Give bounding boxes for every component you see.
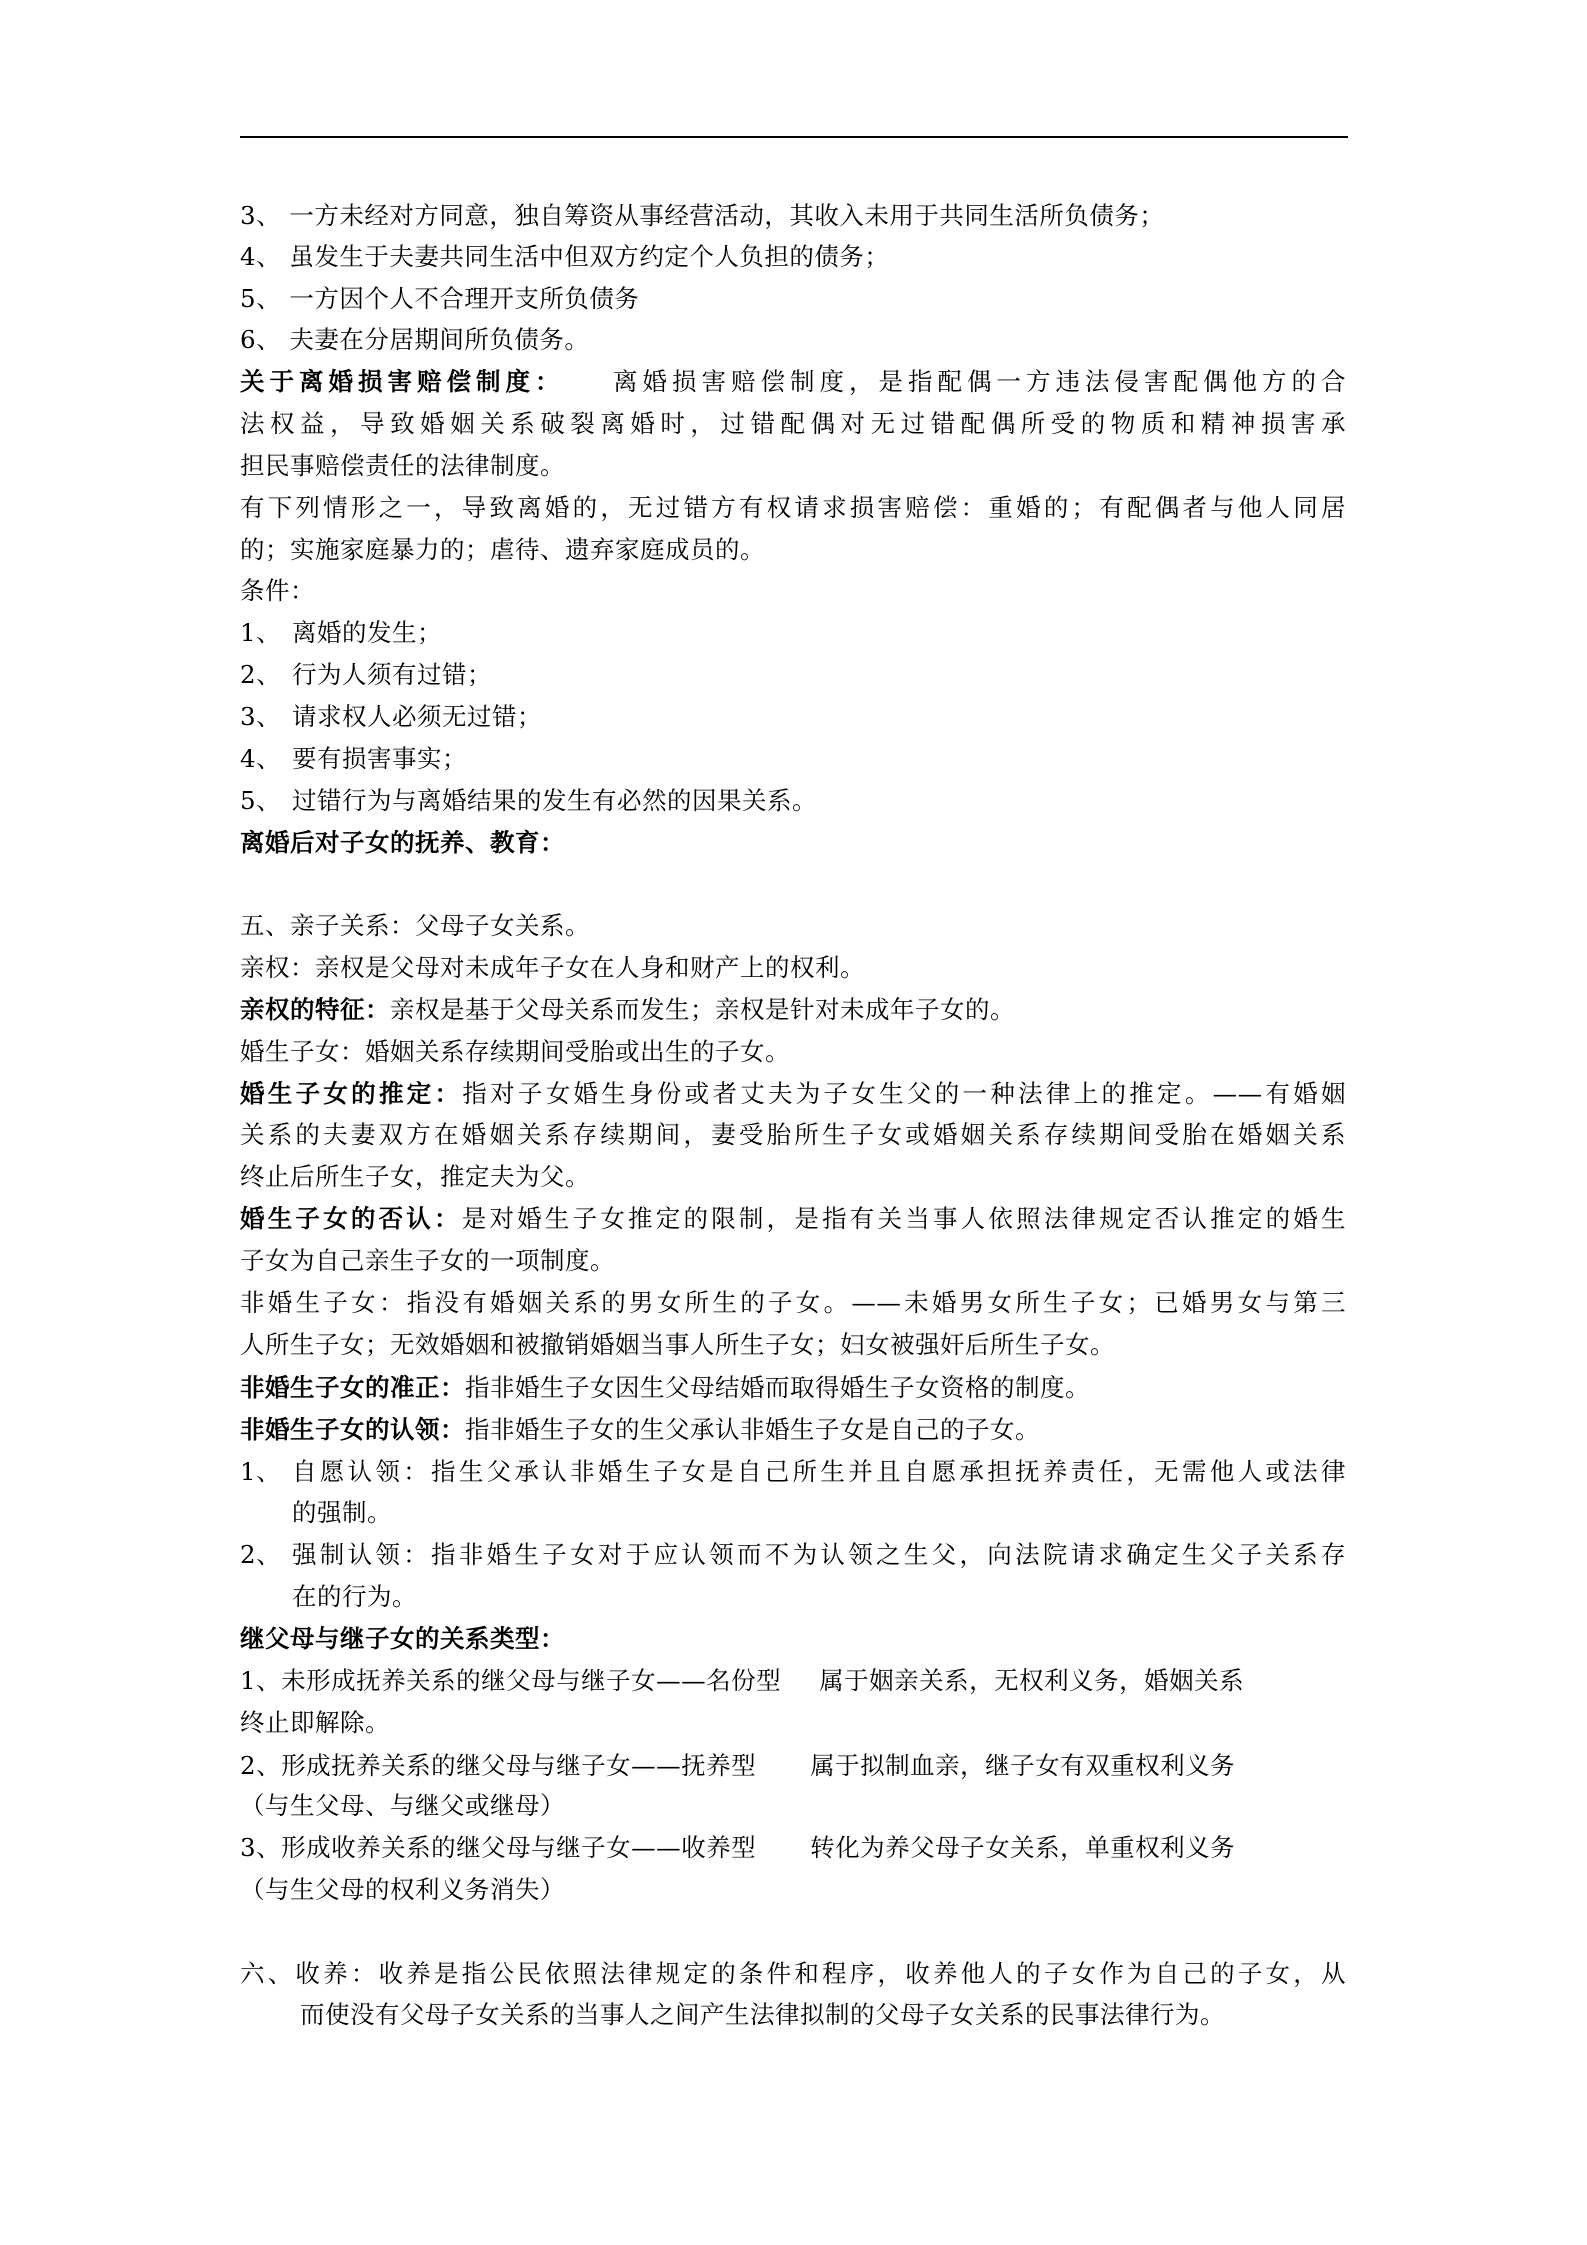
legitimation: 非婚生子女的准正：指非婚生子女因生父母结婚而取得婚生子女资格的制度。 <box>240 1367 1090 1409</box>
header-rule <box>240 136 1348 138</box>
step-type-1: 1、未形成抚养关系的继父母与继子女——名份型属于姻亲关系，无权利义务，婚姻关系 <box>240 1660 1244 1702</box>
voluntary-acknowledgment-cont: 的强制。 <box>292 1492 392 1534</box>
divorce-damages-definition-cont: 法权益，导致婚姻关系破裂离婚时，过错配偶对无过错配偶所受的物质和精神损害承 <box>240 403 1346 445</box>
condition-3: 3、请求权人必须无过错； <box>240 696 542 738</box>
parental-rights-definition: 亲权：亲权是父母对未成年子女在人身和财产上的权利。 <box>240 947 865 989</box>
condition-4: 4、要有损害事实； <box>240 738 467 780</box>
condition-2: 2、行为人须有过错； <box>240 654 492 696</box>
divorce-damages-definition: 关于离婚损害赔偿制度：离婚损害赔偿制度，是指配偶一方违法侵害配偶他方的合 <box>240 361 1346 403</box>
debt-item-6: 6、 夫妻在分居期间所负债务。 <box>240 319 589 361</box>
debt-item-3: 3、 一方未经对方同意，独自筹资从事经营活动，其收入未用于共同生活所负债务； <box>240 195 1164 237</box>
parental-rights-features: 亲权的特征：亲权是基于父母关系而发生；亲权是针对未成年子女的。 <box>240 989 1015 1031</box>
divorce-damages-label: 关于离婚损害赔偿制度： <box>240 367 565 396</box>
illegitimate-child-definition-cont: 人所生子女；无效婚姻和被撤销婚姻当事人所生子女；妇女被强奸后所生子女。 <box>240 1324 1115 1366</box>
step-relationship-heading: 继父母与继子女的关系类型： <box>240 1618 565 1660</box>
debt-item-5: 5、 一方因个人不合理开支所负债务 <box>240 278 639 320</box>
step-type-3-cont: （与生父母的权利义务消失） <box>240 1869 565 1911</box>
step-type-1-cont: 终止即解除。 <box>240 1702 390 1744</box>
condition-5: 5、过错行为与离婚结果的发生有必然的因果关系。 <box>240 780 817 822</box>
legitimate-child-definition: 婚生子女：婚姻关系存续期间受胎或出生的子女。 <box>240 1031 790 1073</box>
step-type-3: 3、形成收养关系的继父母与继子女——收养型转化为养父母子女关系，单重权利义务 <box>240 1827 1235 1869</box>
step-type-2-cont: （与生父母、与继父或继母） <box>240 1785 565 1827</box>
section-6-adoption-cont: 而使没有父母子女关系的当事人之间产生法律拟制的父母子女关系的民事法律行为。 <box>300 1994 1225 2036</box>
acknowledgment: 非婚生子女的认领：指非婚生子女的生父承认非婚生子女是自己的子女。 <box>240 1409 1040 1451</box>
illegitimate-child-definition: 非婚生子女：指没有婚姻关系的男女所生的子女。——未婚男女所生子女；已婚男女与第三 <box>240 1282 1346 1324</box>
condition-1: 1、离婚的发生； <box>240 612 442 654</box>
legitimacy-denial-end: 子女为自己亲生子女的一项制度。 <box>240 1240 615 1282</box>
voluntary-acknowledgment: 1、自愿认领：指生父承认非婚生子女是自己所生并且自愿承担抚养责任，无需他人或法律 <box>240 1451 1346 1493</box>
compulsory-acknowledgment: 2、强制认领：指非婚生子女对于应认领而不为认领之生父，向法院请求确定生父子关系存 <box>240 1534 1346 1576</box>
legitimacy-presumption: 婚生子女的推定：指对子女婚生身份或者丈夫为子女生父的一种法律上的推定。——有婚姻 <box>240 1073 1346 1115</box>
divorce-damages-definition-end: 担民事赔偿责任的法律制度。 <box>240 445 565 487</box>
legitimacy-denial: 婚生子女的否认：是对婚生子女推定的限制，是指有关当事人依照法律规定否认推定的婚生 <box>240 1198 1346 1240</box>
compulsory-acknowledgment-cont: 在的行为。 <box>292 1576 417 1618</box>
debt-item-4: 4、 虽发生于夫妻共同生活中但双方约定个人负担的债务； <box>240 236 889 278</box>
damages-situations: 有下列情形之一，导致离婚的，无过错方有权请求损害赔偿：重婚的；有配偶者与他人同居 <box>240 487 1346 529</box>
legitimacy-presumption-end: 终止后所生子女，推定夫为父。 <box>240 1156 590 1198</box>
section-5-heading: 五、亲子关系：父母子女关系。 <box>240 905 590 947</box>
child-custody-heading: 离婚后对子女的抚养、教育： <box>240 822 565 864</box>
conditions-heading: 条件： <box>240 570 315 612</box>
legitimacy-presumption-cont: 关系的夫妻双方在婚姻关系存续期间，妻受胎所生子女或婚姻关系存续期间受胎在婚姻关系 <box>240 1114 1346 1156</box>
step-type-2: 2、形成抚养关系的继父母与继子女——抚养型属于拟制血亲，继子女有双重权利义务 <box>240 1745 1235 1787</box>
damages-situations-cont: 的；实施家庭暴力的；虐待、遗弃家庭成员的。 <box>240 529 765 571</box>
section-6-adoption: 六、收养：收养是指公民依照法律规定的条件和程序，收养他人的子女作为自己的子女，从 <box>240 1953 1346 1995</box>
